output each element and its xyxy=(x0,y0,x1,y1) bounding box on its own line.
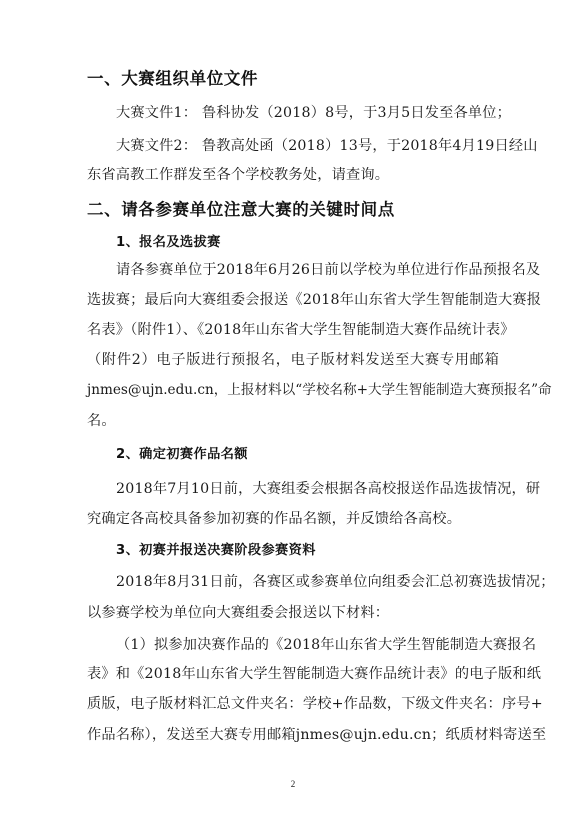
section-heading-1: 一、大赛组织单位文件 xyxy=(87,70,499,88)
paragraph-file-1: 大赛文件1： 鲁科协发（2018）8号，于3月5日发至各单位； xyxy=(116,104,499,122)
paragraph-file-2-line-2: 东省高教工作群发至各个学校教务处，请查询。 xyxy=(87,166,499,184)
section-heading-2: 二、请各参赛单位注意大赛的关键时间点 xyxy=(87,201,499,219)
paragraph-line: 质版，电子版材料汇总文件夹名：学校+作品数，下级文件夹名：序号+ xyxy=(87,695,499,713)
subheading-registration: 1、报名及选拔赛 xyxy=(116,234,499,252)
subheading-quota: 2、确定初赛作品名额 xyxy=(116,446,499,464)
paragraph-line: 2018年8月31日前，各赛区或参赛单位向组委会汇总初赛选拔情况； xyxy=(116,573,499,591)
paragraph-file-2-line-1: 大赛文件2： 鲁教高处函（2018）13号，于2018年4月19日经山 xyxy=(116,137,499,155)
paragraph-line: 作品名称），发送至大赛专用邮箱jnmes@ujn.edu.cn；纸质材料寄送至 xyxy=(87,726,499,744)
page-number: 2 xyxy=(286,779,300,789)
subheading-preliminary: 3、初赛并报送决赛阶段参赛资料 xyxy=(116,542,499,560)
paragraph-line: 表》和《2018年山东省大学生智能制造大赛作品统计表》的电子版和纸 xyxy=(87,665,499,683)
paragraph-line: 以参赛学校为单位向大赛组委会报送以下材料： xyxy=(87,604,499,622)
paragraph-line-email: jnmes@ujn.edu.cn，上报材料以“学校名称+大学生智能制造大赛预报名… xyxy=(87,381,499,399)
paragraph-line: 选拔赛；最后向大赛组委会报送《2018年山东省大学生智能制造大赛报 xyxy=(87,291,499,309)
paragraph-line: 名表》（附件1）、《2018年山东省大学生智能制造大赛作品统计表》 xyxy=(87,321,499,339)
paragraph-line: 名。 xyxy=(87,412,499,430)
paragraph-line: 2018年7月10日前，大赛组委会根据各高校报送作品选拔情况，研 xyxy=(116,480,499,498)
document-page: 一、大赛组织单位文件 大赛文件1： 鲁科协发（2018）8号，于3月5日发至各单… xyxy=(0,0,586,825)
paragraph-line: （附件2）电子版进行预报名，电子版材料发送至大赛专用邮箱 xyxy=(87,351,499,369)
paragraph-line: 请各参赛单位于2018年6月26日前以学校为单位进行作品预报名及 xyxy=(116,261,499,279)
paragraph-line: （1）拟参加决赛作品的《2018年山东省大学生智能制造大赛报名 xyxy=(116,636,499,654)
paragraph-line: 究确定各高校具备参加初赛的作品名额，并反馈给各高校。 xyxy=(87,510,499,528)
